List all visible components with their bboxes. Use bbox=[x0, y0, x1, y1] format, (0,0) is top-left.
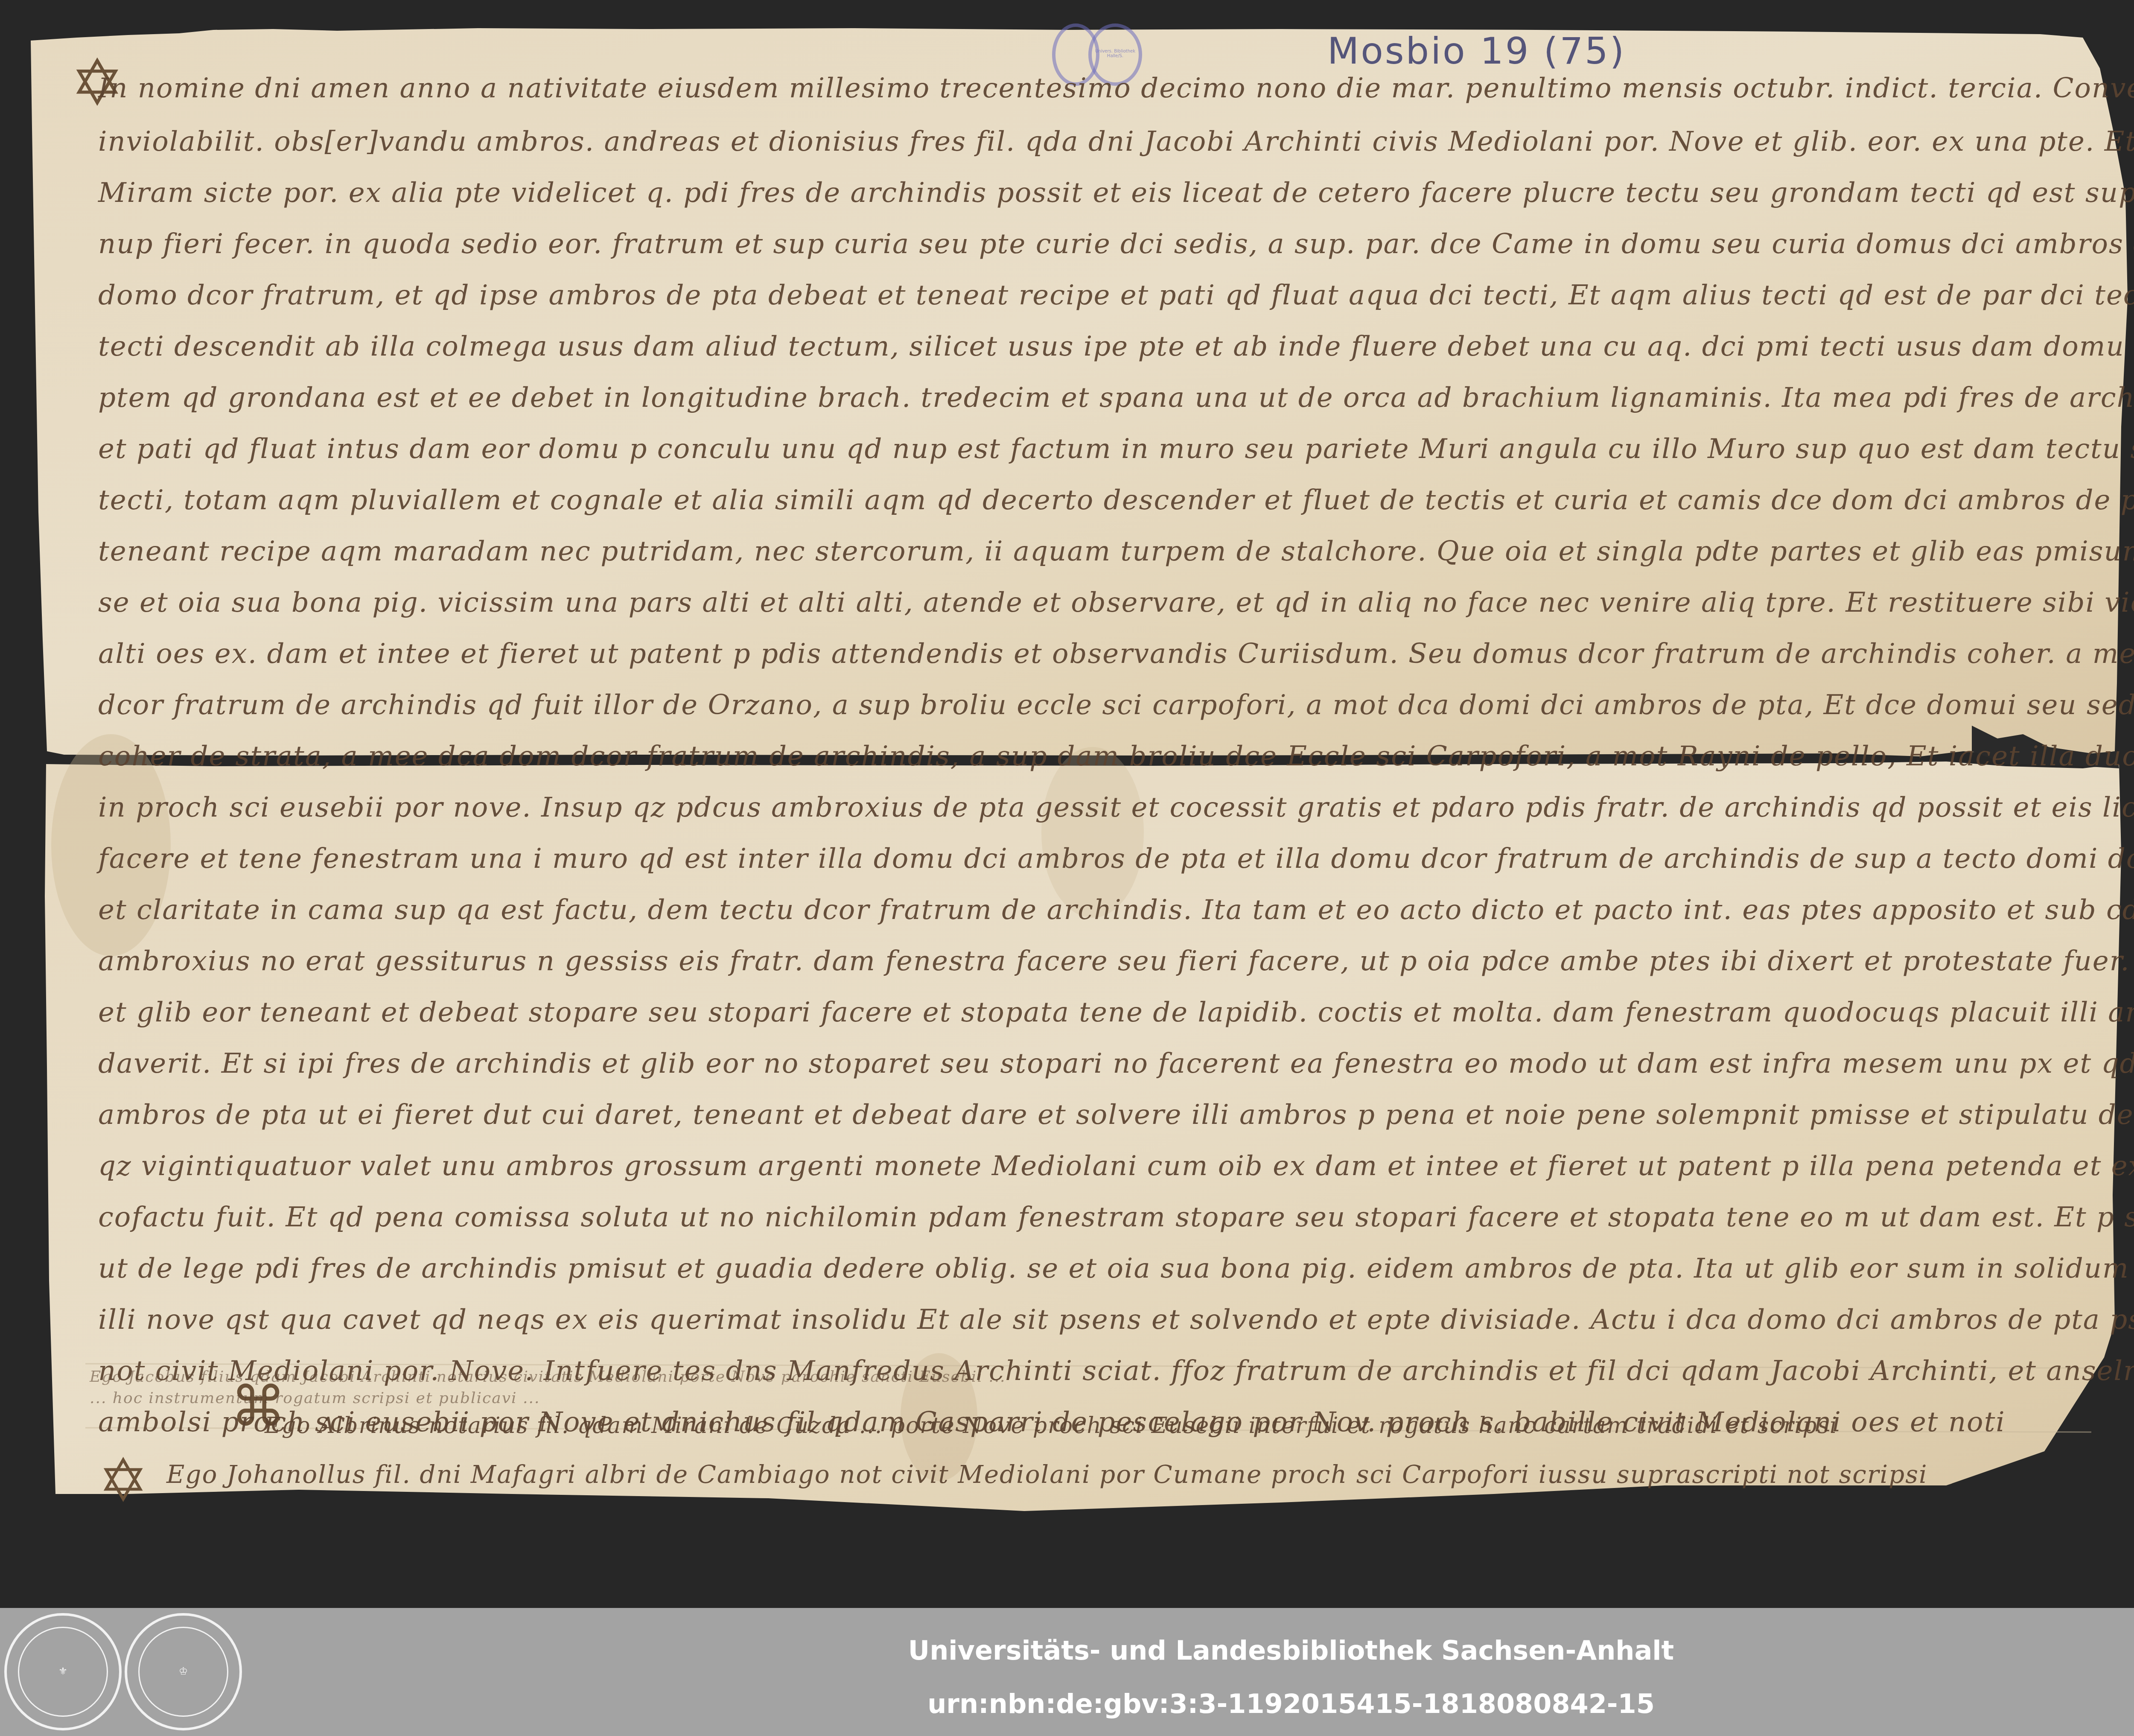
text-line: ut de lege pdi fres de archindis pmisut … bbox=[98, 1253, 2134, 1284]
text-line: ptem qd grondana est et ee debet in long… bbox=[98, 382, 2134, 414]
text-line: et claritate in cama sup qa est factu, d… bbox=[98, 894, 2134, 926]
urn-identifier: urn:nbn:de:gbv:3:3-1192015415-1818080842… bbox=[726, 1687, 1857, 1721]
university-seal-wittenberg-icon: ♔ bbox=[125, 1613, 242, 1730]
footer-bar: ⚜ ♔ Universitäts- und Landesbibliothek S… bbox=[0, 1608, 2134, 1736]
text-line: in proch sci eusebii por nove. Insup qz … bbox=[98, 792, 2134, 823]
text-line: ambros de pta ut ei fieret dut cui daret… bbox=[98, 1099, 2134, 1131]
text-line: cofactu fuit. Et qd pena comissa soluta … bbox=[98, 1202, 2134, 1233]
text-line: In nomine dni amen anno a nativitate eiu… bbox=[98, 73, 2134, 104]
text-line: facere et tene fenestram una i muro qd e… bbox=[98, 843, 2134, 875]
text-line: teneant recipe aqm maradam nec putridam,… bbox=[98, 536, 2134, 567]
subscription-albrinus: Ego Albrinus notarius fil. qdam Mirani d… bbox=[265, 1413, 1838, 1438]
text-line: dcor fratrum de archindis qd fuit illor … bbox=[98, 689, 2134, 721]
text-line: se et oia sua bona pig. vicissim una par… bbox=[98, 587, 2134, 619]
text-line: daverit. Et si ipi fres de archindis et … bbox=[98, 1048, 2134, 1080]
text-line: tecti descendit ab illa colmega usus dam… bbox=[98, 331, 2134, 362]
text-line: tecti, totam aqm pluviallem et cognale e… bbox=[98, 484, 2134, 516]
subscription-johanollus: Ego Johanollus fil. dni Mafagri albri de… bbox=[166, 1460, 1928, 1489]
marginal-note: Ego Jacobus filius qdam Jacobi Archinti … bbox=[90, 1368, 1006, 1386]
text-line: nup fieri fecer. in quoda sedio eor. fra… bbox=[98, 228, 2134, 260]
text-line: domo dcor fratrum, et qd ipse ambros de … bbox=[98, 280, 2134, 311]
text-line: illi nove qst qua cavet qd neqs ex eis q… bbox=[98, 1304, 2134, 1336]
text-line: alti oes ex. dam et intee et fieret ut p… bbox=[98, 638, 2134, 670]
text-line: coher de strata, a mee dca dom dcor frat… bbox=[98, 741, 2134, 772]
text-line: et pati qd fluat intus dam eor domu p co… bbox=[98, 433, 2134, 465]
university-seal-halle-icon: ⚜ bbox=[4, 1613, 122, 1730]
marginal-note: ... hoc instrumentum rogatum scripsi et … bbox=[90, 1389, 540, 1407]
text-line: qz vigintiquatuor valet unu ambros gross… bbox=[98, 1150, 2134, 1182]
archival-shelfmark: Mosbio 19 (75) bbox=[1327, 30, 1626, 73]
institution-name: Universitäts- und Landesbibliothek Sachs… bbox=[726, 1634, 1857, 1668]
footer-text: Universitäts- und Landesbibliothek Sachs… bbox=[726, 1634, 1857, 1721]
notary-signet-johanollus-icon: ✡ bbox=[98, 1451, 148, 1511]
text-line: Miram sicte por. ex alia pte videlicet q… bbox=[98, 177, 2134, 209]
parchment-charter: Mosbio 19 (75) Univers. Bibliothek Halle… bbox=[0, 0, 2134, 1608]
text-line: ambroxius no erat gessiturus n gessiss e… bbox=[98, 945, 2134, 977]
text-line: et glib eor teneant et debeat stopare se… bbox=[98, 997, 2134, 1028]
text-line: inviolabilit. obs[er]vandu ambros. andre… bbox=[98, 126, 2134, 158]
